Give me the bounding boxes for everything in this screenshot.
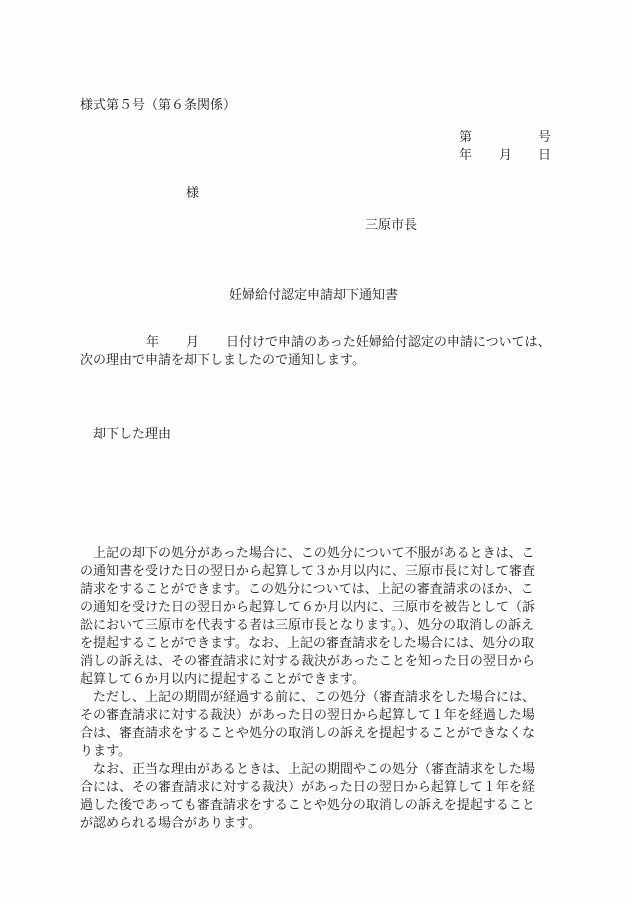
intro-month-label: 月 [186,335,199,351]
date-year-label: 年 [459,148,472,164]
notice-line: ります。 [80,744,131,760]
addressee-suffix: 様 [186,186,199,202]
date-month-label: 月 [499,148,512,164]
notice-line: の通知書を受けた日の翌日から起算して３か月以内に、三原市長に対して審査 [80,564,535,580]
notice-line: その審査請求に対する裁決）があった日の翌日から起算して１年を経過した場 [80,708,535,724]
notice-line: 合には、その審査請求に対する裁決）があった日の翌日から起算して１年を経 [80,780,535,796]
notice-line: なお、正当な理由があるときは、上記の期間やこの処分（審査請求をした場 [80,762,535,778]
date-day-label: 日 [538,148,551,164]
notice-line: 起算して６か月以内に提起することができます。 [80,672,365,688]
issuer-name: 三原市長 [365,218,417,234]
notice-line: 過した後であっても審査請求をすることや処分の取消しの訴えを提起すること [80,798,535,814]
form-number: 様式第５号（第６条関係） [80,98,236,114]
notice-line: 合は、審査請求をすることや処分の取消しの訴えを提起することができなくな [80,726,535,742]
notice-line: ただし、上記の期間が経過する前に、この処分（審査請求をした場合には、 [80,690,535,706]
intro-line-2: 次の理由で申請を却下しましたので通知します。 [80,353,365,369]
notice-line: の通知を受けた日の翌日から起算して６か月以内に、三原市を被告として（訴 [80,600,535,616]
notice-line: 請求をすることができます。この処分については、上記の審査請求のほか、こ [80,582,534,598]
notice-line: 消しの訴えは、その審査請求に対する裁決があったことを知った日の翌日から [80,654,535,670]
notice-line: が認められる場合があります。 [80,816,261,832]
notice-line: 訟において三原市を代表する者は三原市長となります。）、処分の取消しの訴え [80,618,534,634]
document-title: 妊婦給付認定申請却下通知書 [229,288,398,304]
notice-line: を提起することができます。なお、上記の審査請求をした場合には、処分の取 [80,636,534,652]
notice-line: 上記の却下の処分があった場合に、この処分について不服があるときは、こ [80,546,535,562]
document-number-suffix: 号 [538,130,551,146]
document-number-prefix: 第 [459,130,472,146]
intro-line-1: 日付けで申請のあった妊婦給付認定の申請については、 [226,335,551,351]
intro-year-label: 年 [146,335,159,351]
rejection-reason-label: 却下した理由 [93,427,171,443]
